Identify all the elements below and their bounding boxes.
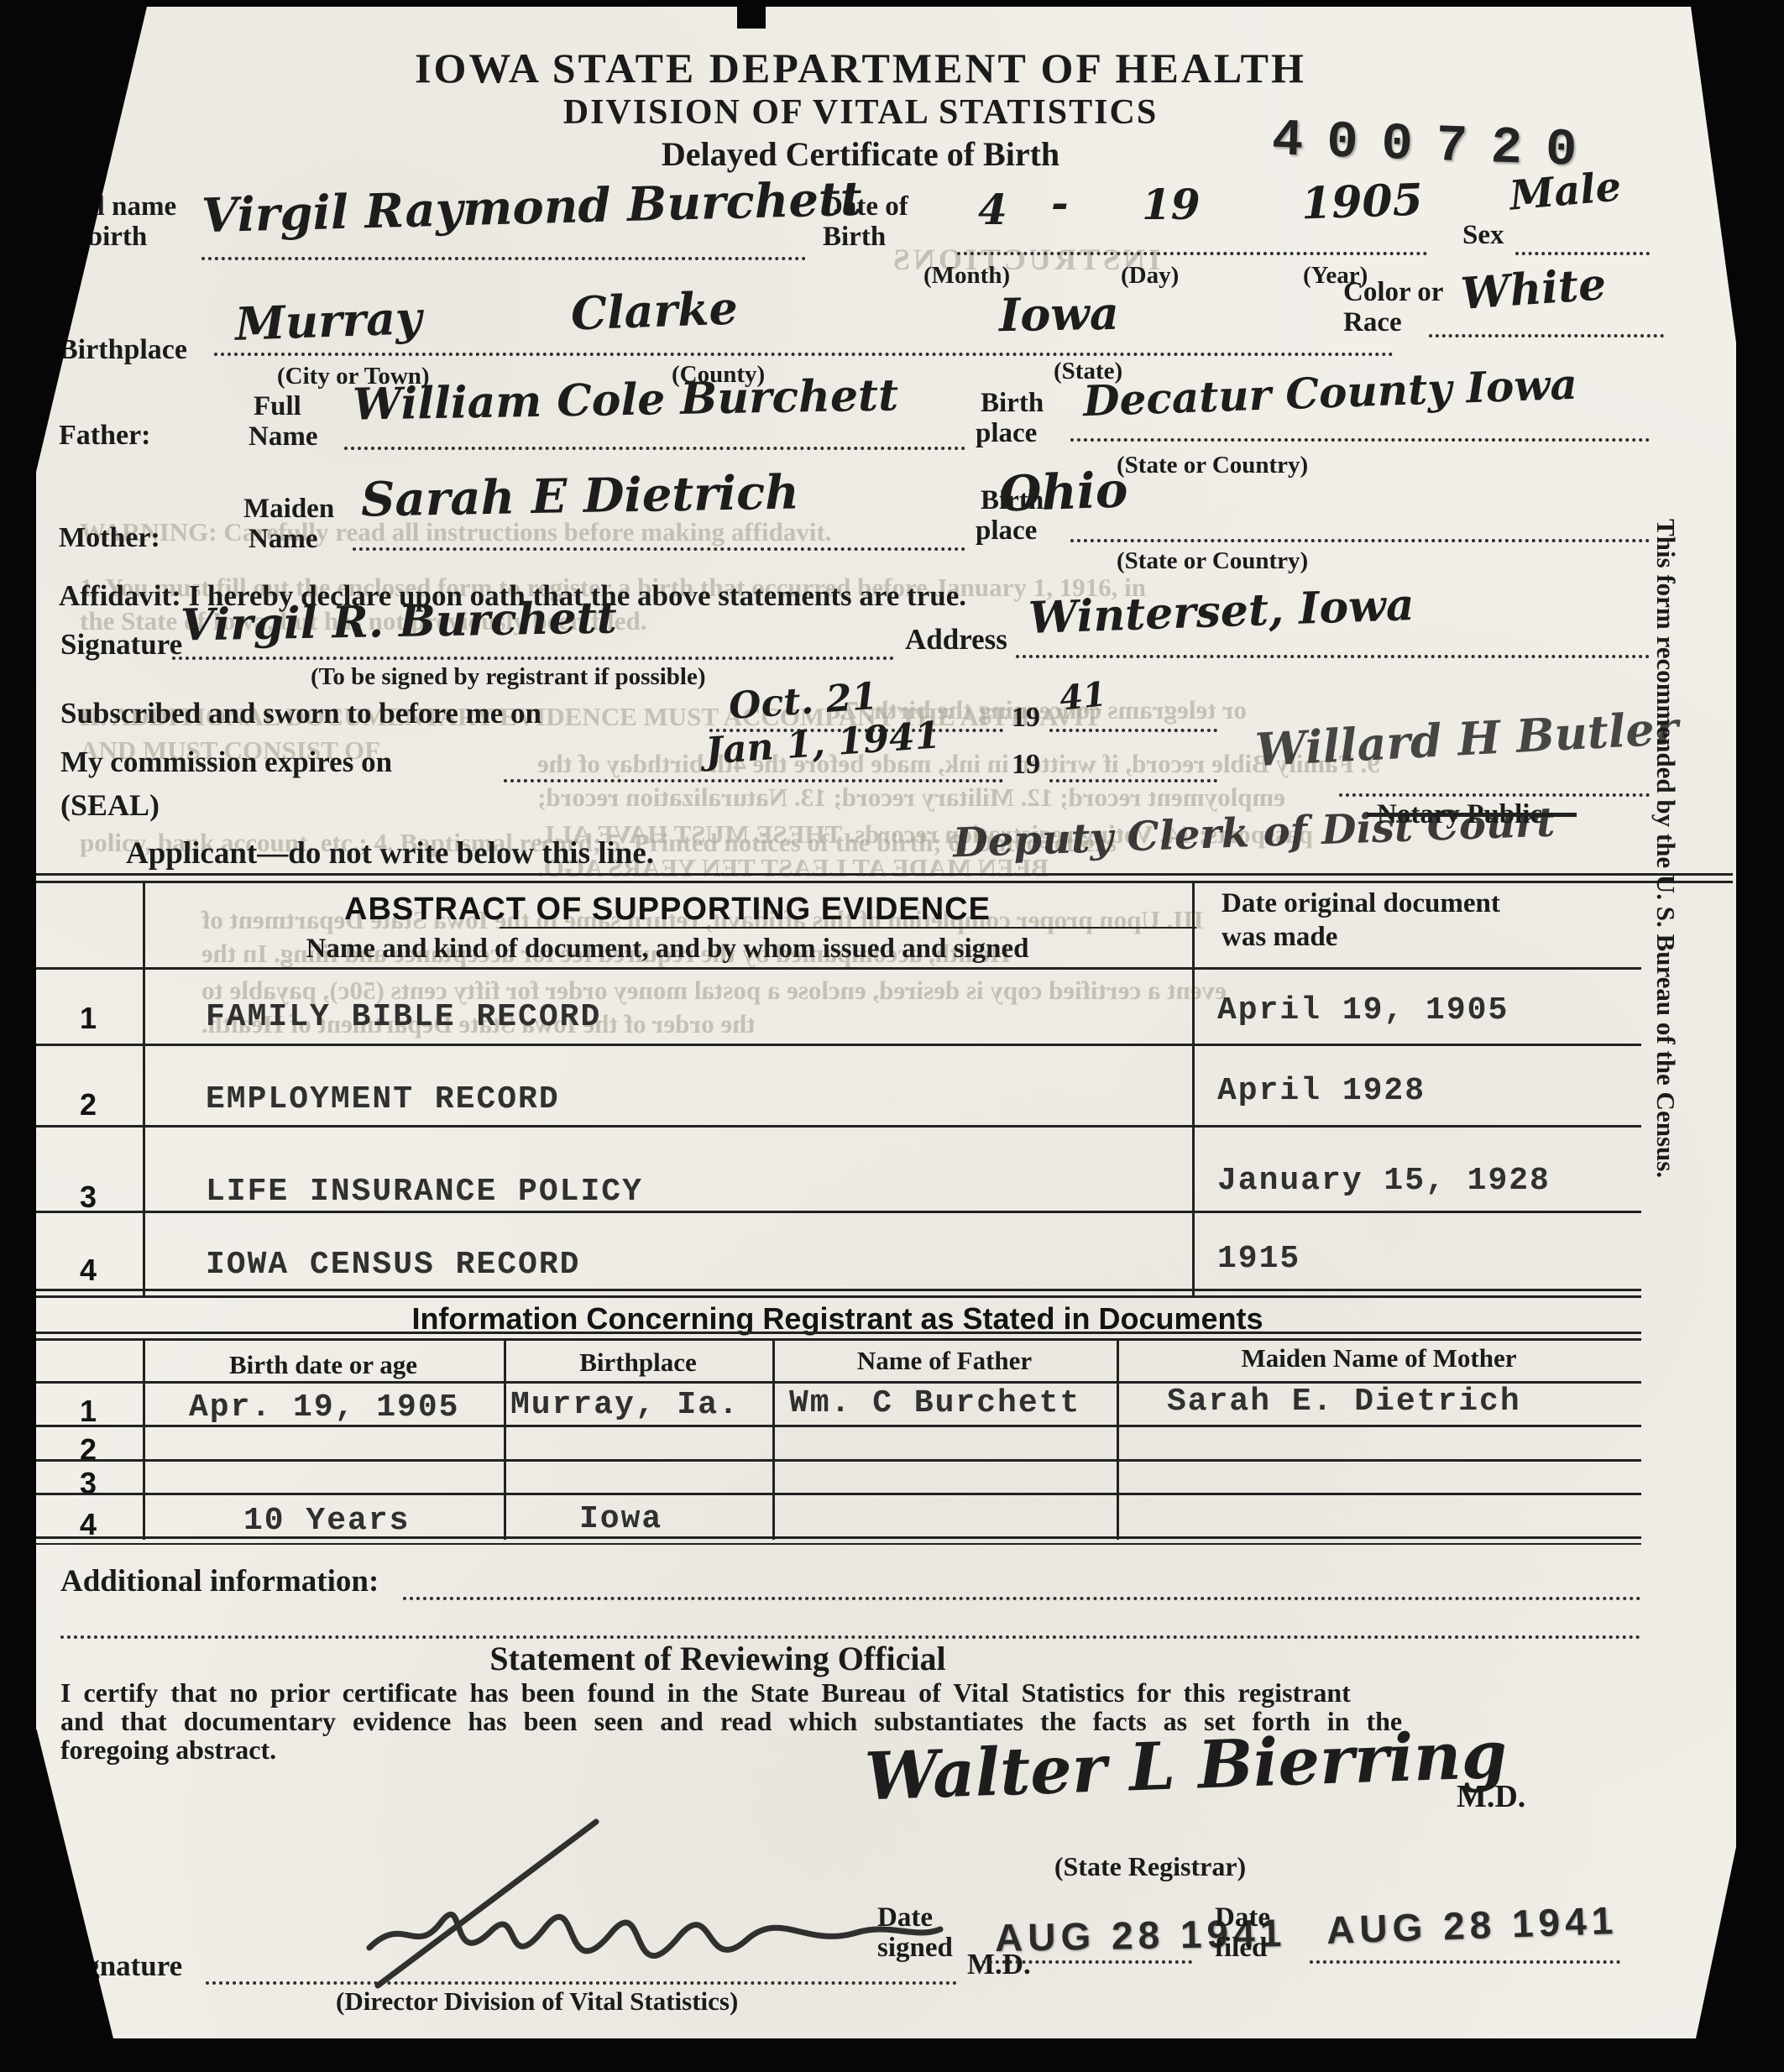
color-race-label: Race [1343, 307, 1402, 338]
table-line [500, 927, 1196, 929]
color-race-value: White [1459, 259, 1608, 320]
commission-label: My commission expires on [60, 746, 392, 779]
dotted-line [1339, 793, 1650, 797]
sworn-label: Subscribed and sworn to before me on [60, 697, 541, 730]
sworn-year-value: 41 [1058, 674, 1108, 719]
info-row-num: 1 [80, 1394, 97, 1429]
table-line [34, 1459, 1641, 1462]
father-name-value: William Cole Burchett [353, 369, 899, 430]
dotted-line [214, 353, 1394, 356]
table-line [34, 1536, 1641, 1539]
ghost-text-mirrored: employment record; 12. Military record; … [537, 782, 1285, 813]
dob-month-value: 4 [978, 185, 1007, 234]
dotted-line [1016, 655, 1650, 658]
abstract-row-num: 1 [80, 1001, 97, 1036]
review-title: Statement of Reviewing Official [252, 1639, 1184, 1678]
dotted-line [1310, 1960, 1620, 1964]
mother-birthplace-caption: (State or Country) [1117, 547, 1308, 575]
dob-month-caption: (Month) [923, 262, 1010, 290]
divider-rule [30, 873, 1733, 876]
dotted-line [1049, 729, 1217, 732]
date-signed-label: signed [877, 1933, 953, 1964]
table-line [34, 1295, 1641, 1298]
mother-name-label: Name [249, 524, 317, 555]
mother-name-label: Maiden [243, 494, 334, 525]
dotted-line [1515, 252, 1650, 255]
abstract-row-name: IOWA CENSUS RECORD [206, 1247, 580, 1283]
table-line [34, 967, 1641, 970]
form-title: Delayed Certificate of Birth [294, 134, 1427, 174]
mother-label: Mother: [59, 522, 160, 554]
dotted-line [1070, 539, 1650, 542]
dob-label: Date of [823, 191, 908, 222]
info-col-header: Birthplace [504, 1347, 772, 1378]
abstract-title: ABSTRACT OF SUPPORTING EVIDENCE [143, 892, 1192, 928]
abstract-row-name: FAMILY BIBLE RECORD [206, 999, 601, 1035]
table-line [34, 1493, 1641, 1495]
info-row-father: Wm. C Burchett [789, 1385, 1080, 1421]
sworn-year-prefix: 19 [1012, 702, 1040, 734]
seal-label: (SEAL) [60, 787, 160, 823]
dotted-line [1070, 438, 1650, 442]
abstract-row-name: EMPLOYMENT RECORD [206, 1081, 560, 1117]
abstract-date-header: was made [1222, 922, 1337, 953]
abstract-row-date: April 1928 [1217, 1073, 1426, 1109]
table-line [1192, 883, 1195, 1297]
dob-day-caption: (Day) [1121, 262, 1179, 290]
info-row-birthdate: Apr. 19, 1905 [189, 1389, 459, 1426]
table-line [34, 1289, 1641, 1291]
birthplace-county-value: Clarke [570, 281, 739, 341]
table-line [34, 1332, 1641, 1334]
info-col-header: Maiden Name of Mother [1117, 1343, 1641, 1373]
father-birthplace-caption: (State or Country) [1117, 452, 1308, 479]
info-row-num: 2 [80, 1432, 97, 1468]
review-body-line: foregoing abstract. [60, 1735, 276, 1766]
abstract-row-num: 4 [80, 1253, 97, 1288]
abstract-row-date: April 19, 1905 [1217, 992, 1509, 1028]
father-name-label: Name [249, 421, 317, 453]
dotted-line [504, 779, 1003, 782]
abstract-subtitle: Name and kind of document, and by whom i… [143, 934, 1192, 965]
abstract-row-date: January 15, 1928 [1217, 1163, 1551, 1199]
info-row-mother: Sarah E. Dietrich [1167, 1384, 1521, 1420]
dotted-line [353, 547, 965, 551]
info-row-num: 3 [80, 1466, 97, 1501]
abstract-row-num: 2 [80, 1087, 97, 1122]
info-row-birthplace: Murray, Ia. [510, 1387, 740, 1423]
father-label: Father: [59, 420, 151, 452]
registrant-signature-value: Virgil R. Burchett [180, 592, 618, 651]
dotted-line [403, 1597, 1641, 1600]
page-title: IOWA STATE DEPARTMENT OF HEALTH [294, 44, 1427, 92]
dotted-line [206, 1981, 957, 1985]
dotted-line [1429, 334, 1664, 337]
mother-name-value: Sarah E Dietrich [360, 464, 799, 527]
address-label: Address [905, 623, 1007, 657]
state-registrar-md: M.D. [1457, 1778, 1525, 1815]
abstract-date-header: Date original document [1222, 888, 1500, 919]
info-col-header: Name of Father [772, 1346, 1117, 1376]
birthplace-label: Birthplace [59, 334, 187, 366]
table-line [34, 1338, 1641, 1341]
table-line [34, 1044, 1641, 1046]
info-col-header: Birth date or age [143, 1350, 504, 1380]
page-subtitle: DIVISION OF VITAL STATISTICS [294, 92, 1427, 133]
date-signed-label: Date [877, 1902, 933, 1933]
director-caption: (Director Division of Vital Statistics) [336, 1986, 738, 2017]
dob-separator: - [1051, 178, 1069, 228]
scan-edge-left [25, 470, 36, 1746]
divider-rule [30, 881, 1733, 883]
signature-label: Signature [60, 628, 182, 662]
color-race-label: Color or [1343, 277, 1443, 308]
table-line [34, 1543, 1641, 1545]
director-signature [269, 1813, 965, 1998]
father-name-label: Full [254, 391, 301, 422]
dotted-line [201, 257, 806, 260]
birthplace-state-value: Iowa [998, 286, 1119, 342]
dotted-line [957, 252, 1427, 255]
abstract-row-date: 1915 [1217, 1241, 1300, 1277]
abstract-row-num: 3 [80, 1180, 97, 1215]
table-line [34, 1425, 1641, 1427]
applicant-divider-note: Applicant—do not write below this line. [126, 835, 654, 871]
dotted-line [172, 657, 894, 660]
dotted-line [982, 1960, 1192, 1964]
census-margin-note: This form recommended by the U. S. Burea… [1651, 519, 1681, 1178]
info-row-birthdate: 10 Years [243, 1503, 410, 1539]
dob-label: Birth [823, 222, 886, 253]
dotted-line [344, 447, 965, 450]
additional-info-label: Additional information: [60, 1563, 379, 1599]
sex-label: Sex [1462, 220, 1504, 251]
commission-year-prefix: 19 [1012, 749, 1040, 781]
signature-caption: (To be signed by registrant if possible) [311, 663, 706, 691]
dotted-line [1049, 779, 1217, 782]
father-birthplace-label: place [976, 418, 1037, 449]
date-filed-label: filed [1215, 1933, 1267, 1964]
dob-year-value: 1905 [1300, 174, 1424, 229]
father-birthplace-label: Birth [981, 388, 1044, 419]
review-body-line: I certify that no prior certificate has … [60, 1677, 1351, 1708]
scanned-birth-certificate: WARNING: Carefully read all instructions… [0, 0, 1784, 2072]
table-line [34, 1125, 1641, 1128]
sex-value: Male [1508, 163, 1623, 219]
state-registrar-caption: (State Registrar) [940, 1851, 1360, 1882]
ghost-text-mirrored: 9. Family Bible record, if written in in… [537, 749, 1380, 779]
birthplace-city-value: Murray [234, 290, 422, 351]
scan-notch-top [737, 7, 766, 29]
dob-day-value: 19 [1142, 180, 1201, 229]
mother-birthplace-value: Ohio [998, 461, 1129, 522]
abstract-row-name: LIFE INSURANCE POLICY [206, 1174, 643, 1210]
date-filed-label: Date [1215, 1902, 1270, 1933]
table-line [34, 1211, 1641, 1213]
info-row-birthplace: Iowa [579, 1501, 662, 1537]
